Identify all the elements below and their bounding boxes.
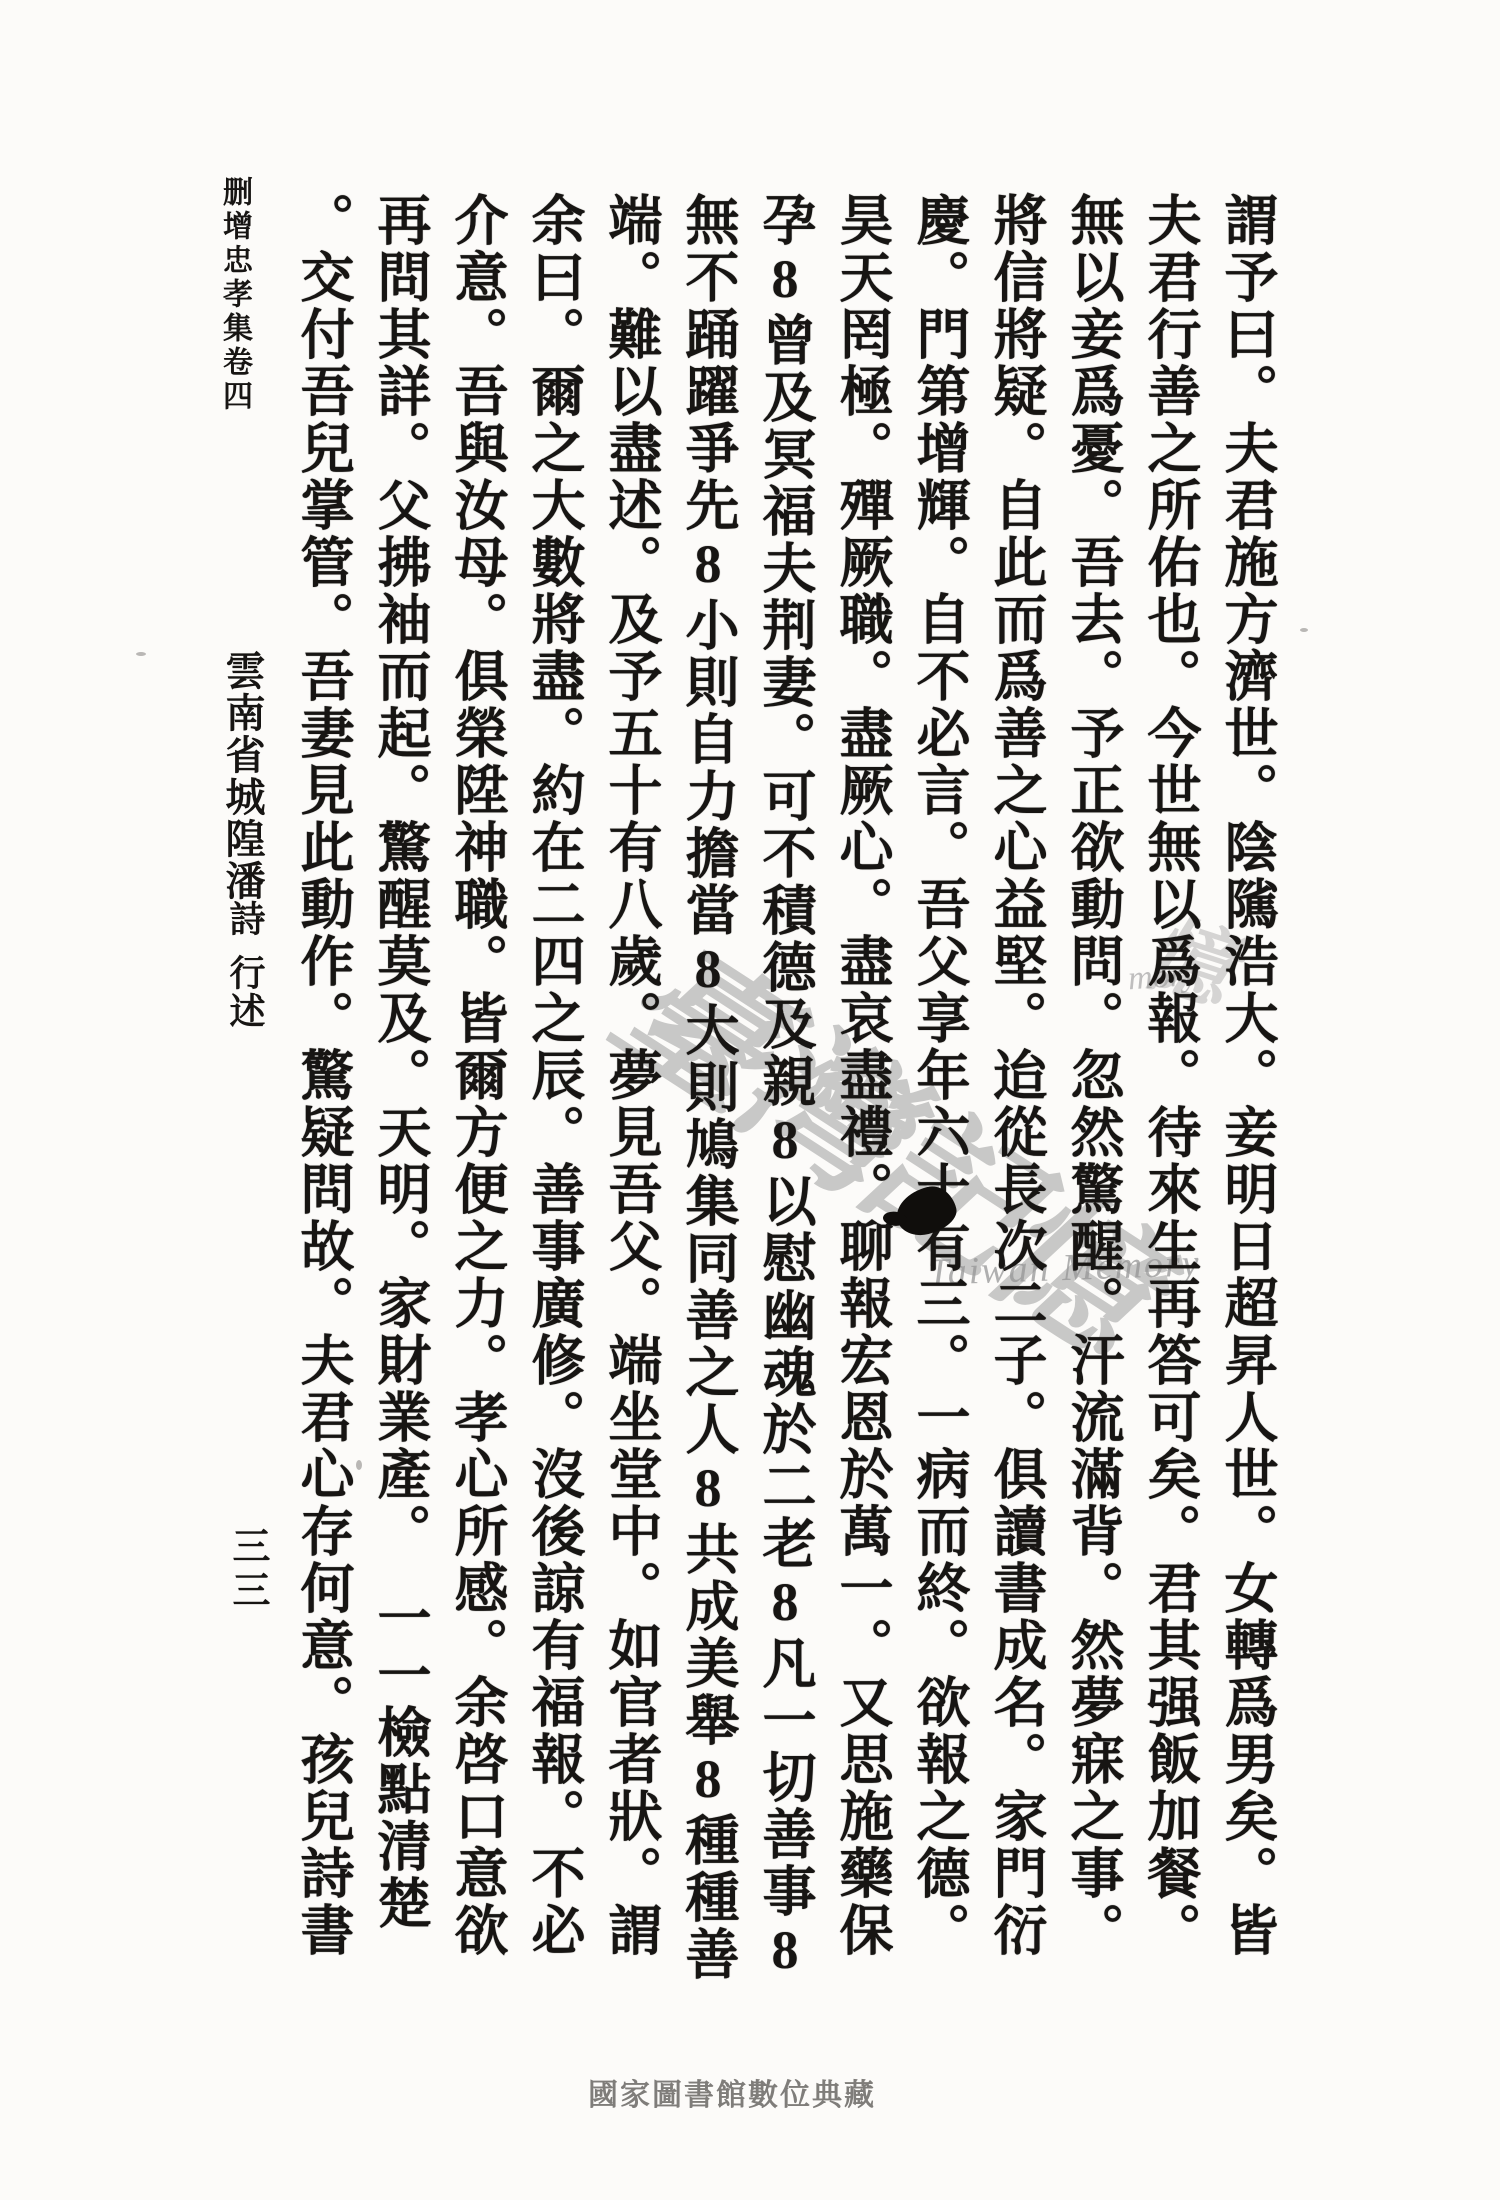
scan-speckle: [136, 652, 146, 656]
running-book-title: 删增忠孝集卷四: [212, 176, 256, 414]
archive-caption: 國家圖書館數位典藏: [588, 2070, 876, 2114]
text-column: 慶。門第增輝。自不必言。吾父享年六十有三。一病而終。欲報之德。: [914, 192, 978, 1992]
text-column: 將信將疑。自此而爲善之心益堅。迨從長次二子。俱讀書成名。家門衍: [991, 192, 1055, 1992]
text-column: 謂予曰。夫君施方濟世。陰隲浩大。妾明日超昇人世。女轉爲男矣。皆: [1222, 192, 1286, 1992]
text-column: 端。難以盡述。及予五十有八歲。夢見吾父。端坐堂中。如官者狀。謂: [606, 192, 670, 1992]
text-column: 孕8曾及冥福夫荆妻。可不積德及親8以慰幽魂於二老8凡一切善事8: [760, 192, 824, 1992]
text-column: 無不踊躍爭先8小則自力擔當8大則鳩集同善之人8共成美舉8種種善: [683, 192, 747, 1992]
text-column: 夫君行善之所佑也。今世無以爲報。待來生再答可矣。君其强飯加餐。: [1145, 192, 1209, 1992]
text-column: 余曰。爾之大數將盡。約在二四之辰。善事廣修。沒後諒有福報。不必: [529, 192, 593, 1992]
section-heading: 雲南省城隍潘: [214, 650, 271, 902]
text-column: 。交付吾兒掌管。吾妻見此動作。驚疑問故。夫君心存何意。孩兒詩書: [298, 192, 362, 1992]
scanned-book-page: 臺灣記憶 憶 mory Taiwan Memory 删增忠孝集卷四 雲南省城隍潘…: [0, 0, 1500, 2200]
scan-speckle: [1300, 628, 1308, 632]
text-column: 昊天罔極。殫厥職。盡厥心。盡哀盡禮。聊報宏恩於萬一。又思施藥保: [837, 192, 901, 1992]
page-number: 三三: [220, 1526, 275, 1614]
genre-label: 詩: [220, 900, 271, 936]
subtitle-label: 行述: [220, 954, 271, 1030]
scan-speckle: [356, 1460, 362, 1470]
text-column: 無以妾爲憂。吾去。予正欲動問。忽然驚醒。汗流滿背。然夢寐之事。: [1068, 192, 1132, 1992]
text-column: 再問其詳。父拂袖而起。驚醒莫及。天明。家財業產。 一一檢點清楚: [375, 192, 439, 1992]
text-column: 介意。吾與汝母。俱榮陞神職。皆爾方便之力。孝心所感。余啓口意欲: [452, 192, 516, 1992]
